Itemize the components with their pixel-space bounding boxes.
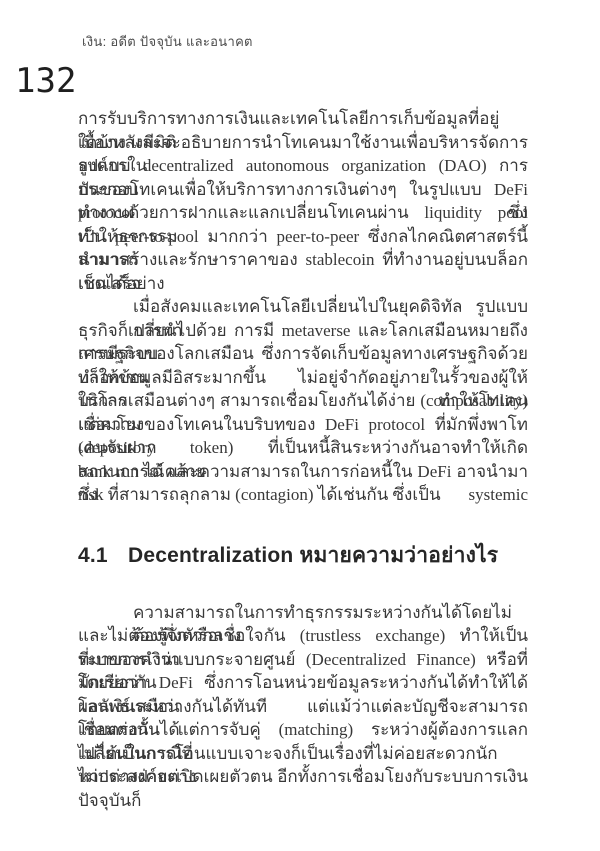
- text-line: ใดบ้าง และจะอธิบายการนำโทเคนมาใช้งานเพื่…: [78, 131, 528, 155]
- text-line: เป็น peer-to-pool มากกว่า peer-to-peer ซ…: [78, 225, 528, 249]
- text-line: ทำงานด้วยการฝากและแลกเปลี่ยนโทเคนผ่าน li…: [78, 201, 528, 225]
- paragraph-3: ความสามารถในการทำธุรกรรมระหว่างกันได้โดย…: [78, 601, 528, 789]
- text-line: กันของโทเคนเพื่อให้บริการทางการเงินต่างๆ…: [78, 178, 528, 202]
- text-line: นำมาสร้างและรักษาราคาของ stablecoin ที่ท…: [78, 248, 528, 272]
- running-header: เงิน: อดีต ปัจจุบัน และอนาคต: [82, 31, 253, 52]
- section-title: Decentralization หมายความว่าอย่างไร: [128, 544, 498, 567]
- text-line: เศรษฐกิจของโลกเสมือน ซึ่งการจัดเก็บข้อมู…: [78, 342, 528, 366]
- text-line: ระบบการเงินแบบกระจายศูนย์ (Decentralized…: [78, 648, 528, 672]
- text-line: และไม่ต้องรู้จักหรือเชื่อใจกัน (trustles…: [78, 624, 528, 648]
- text-line: การรับบริการทางการเงินและเทคโนโลยีการเก็…: [78, 107, 528, 131]
- text-line: รูปแบบ decentralized autonomous organiza…: [78, 154, 528, 178]
- text-line: เชื่อมโยงของโทเคนในบริบทของ DeFi protoco…: [78, 413, 528, 437]
- text-line: ความสามารถในการทำธุรกรรมระหว่างกันได้โดย…: [78, 601, 528, 625]
- section-heading: 4.1Decentralization หมายความว่าอย่างไร: [78, 542, 528, 570]
- section-number: 4.1: [78, 542, 128, 570]
- text-line: เมื่อสังคมและเทคโนโลยีเปลี่ยนไปในยุคดิจิ…: [78, 295, 528, 319]
- text-block: การรับบริการทางการเงินและเทคโนโลยีการเก็…: [78, 107, 528, 789]
- book-page: เงิน: อดีต ปัจจุบัน และอนาคต 132 การรับบ…: [0, 0, 600, 851]
- paragraph-2: เมื่อสังคมและเทคโนโลยีเปลี่ยนไปในยุคดิจิ…: [78, 295, 528, 507]
- text-line: ธุรกิจก็เปลี่ยนไปด้วย การมี metaverse แล…: [78, 319, 528, 343]
- text-line: โอนเงินระหว่างกันได้ทันที แต่แม้ว่าแต่ละ…: [78, 695, 528, 719]
- paragraph-1: การรับบริการทางการเงินและเทคโนโลยีการเก็…: [78, 107, 528, 295]
- text-line: ทำให้ข้อมูลมีอิสระมากขึ้น ไม่อยู่จำกัดอย…: [78, 366, 528, 390]
- text-line: bank run ได้ และความสามารถในการก่อหนี้ใน…: [78, 460, 528, 484]
- text-line: ไม่ประสงค์จะเปิดเผยตัวตน อีกทั้งการเชื่อ…: [78, 765, 528, 789]
- text-line: (depository token) ที่เป็นหนี้สินระหว่าง…: [78, 436, 528, 460]
- text-line: โดยตรงนั้น แต่การจับคู่ (matching) ระหว่…: [78, 718, 528, 742]
- text-line: ในโลกเสมือนต่างๆ สามารถเชื่อมโยงกันได้ง่…: [78, 389, 528, 413]
- text-line: โดยย่อว่า DeFi ซึ่งการโอนหน่วยข้อมูลระหว…: [78, 671, 528, 695]
- page-number: 132: [15, 62, 76, 100]
- text-line: ไม่ได้เป็นการโอนแบบเจาะจงก็เป็นเรื่องที่…: [78, 742, 528, 766]
